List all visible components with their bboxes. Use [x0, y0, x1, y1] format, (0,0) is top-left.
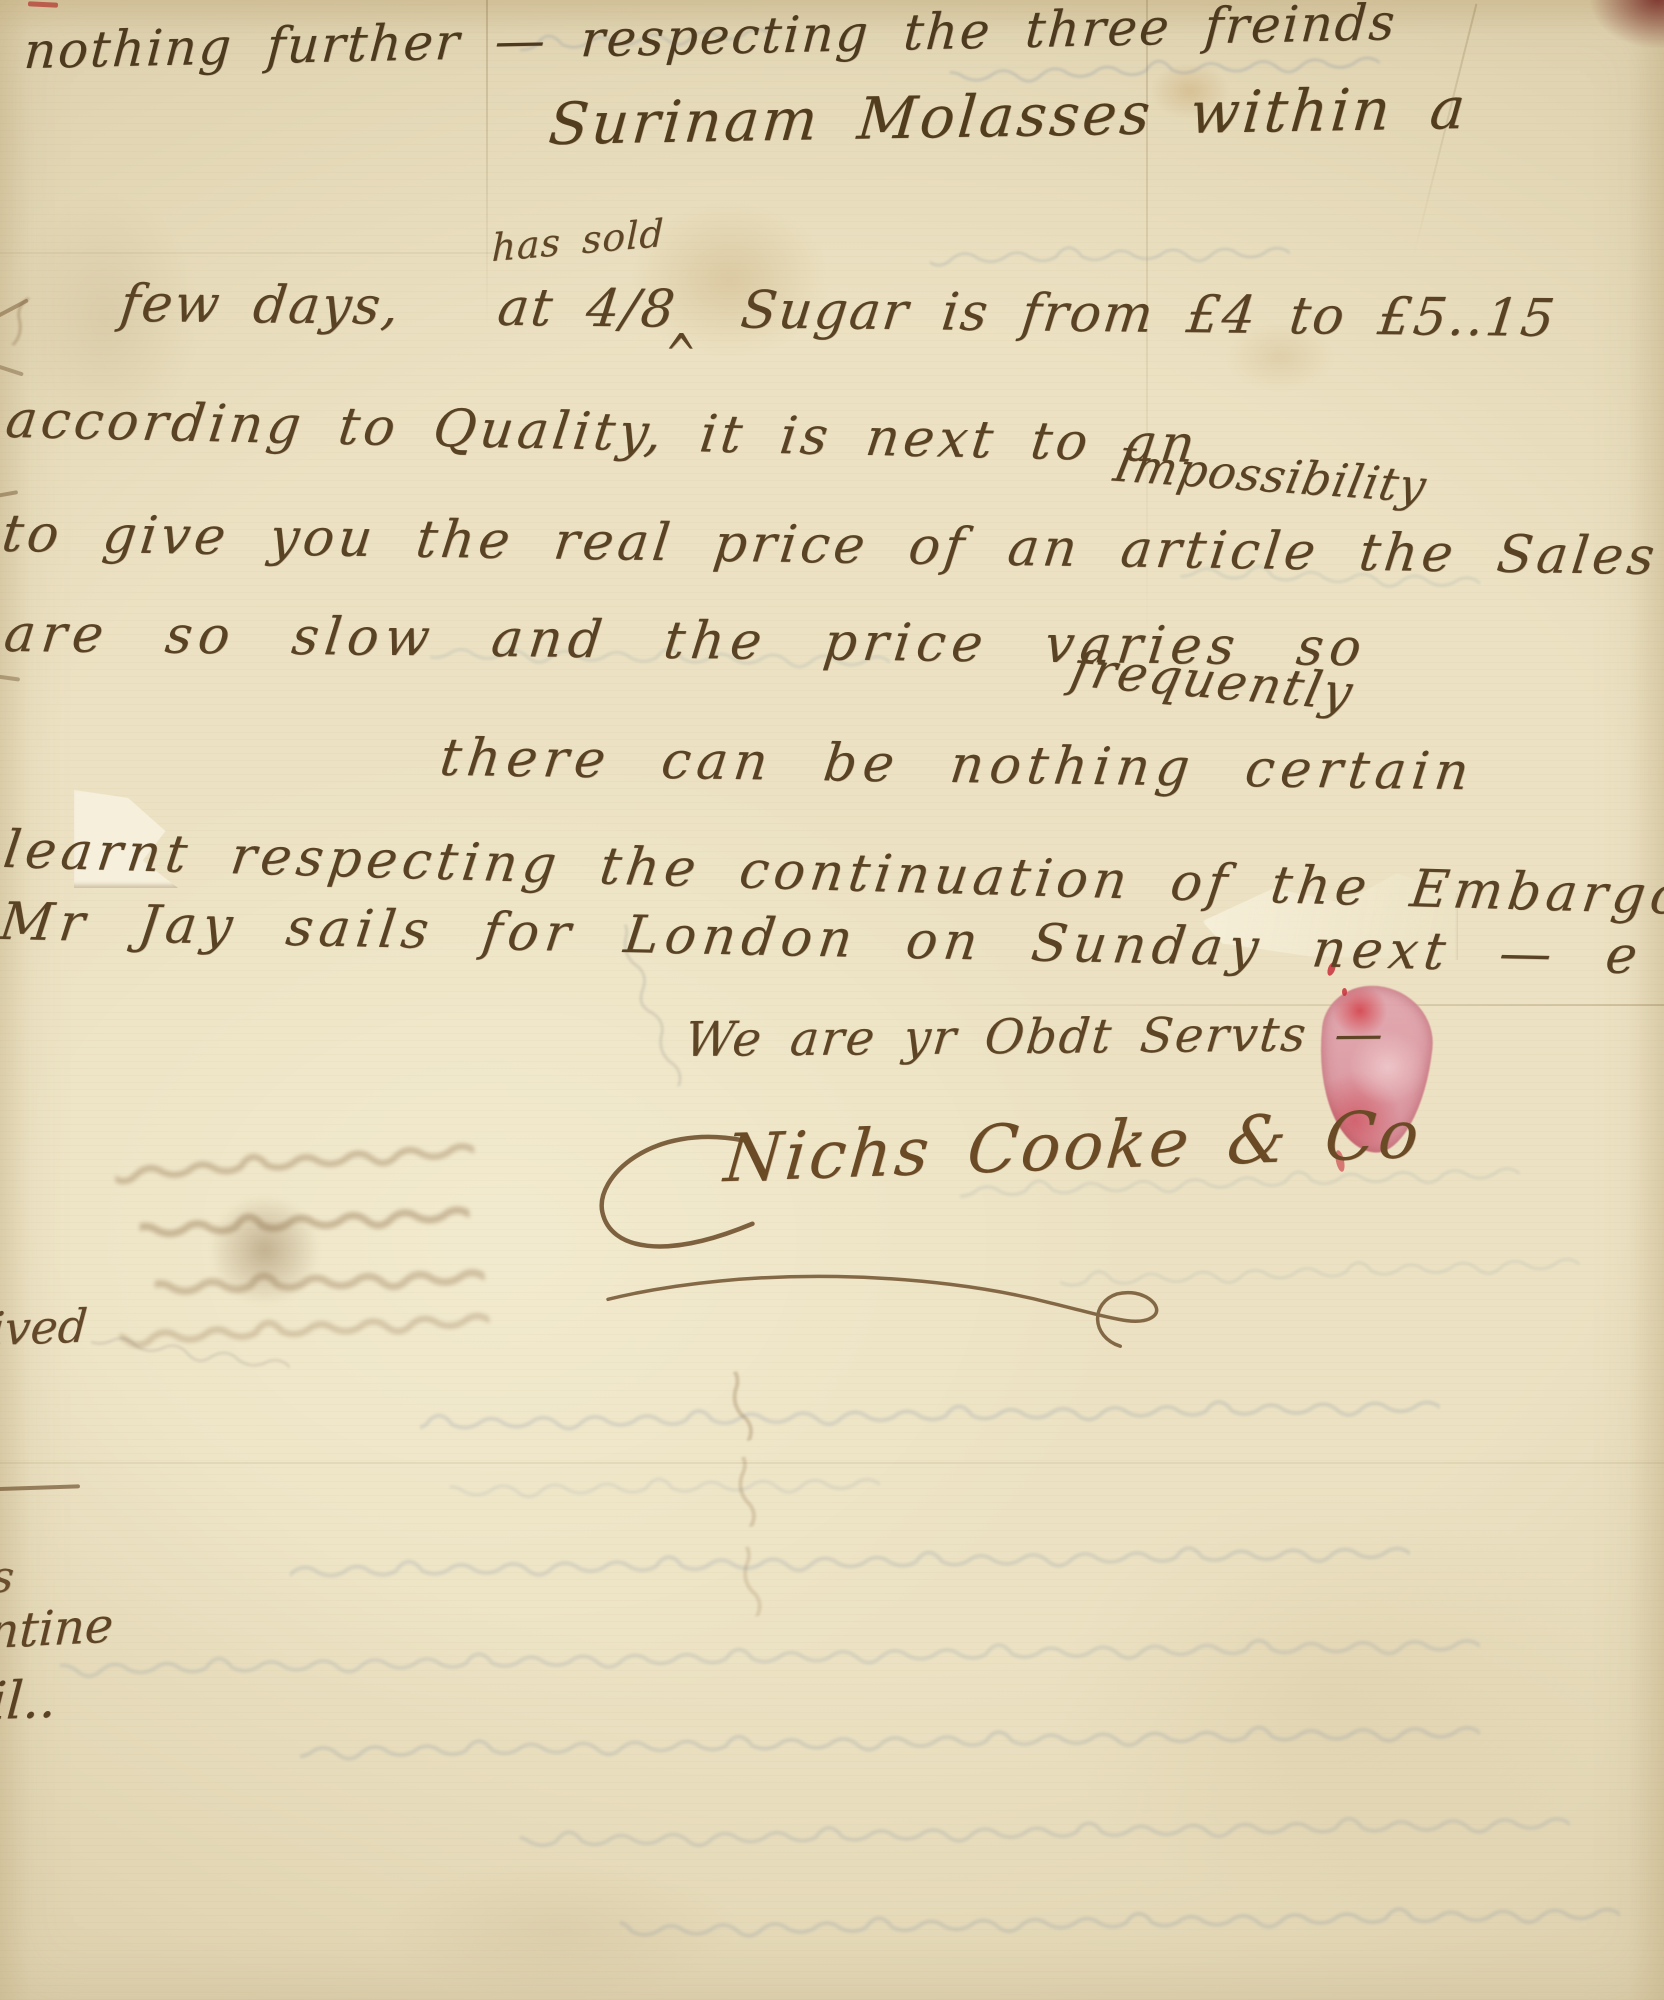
ink-bleedthrough	[620, 1896, 1621, 1959]
ink-bleedthrough	[711, 1455, 768, 1532]
red-mark-top-left	[28, 1, 58, 8]
ink-bleedthrough	[715, 1544, 775, 1622]
pen-stroke-fragment	[0, 363, 24, 376]
signature-flourish-swash	[596, 1237, 1181, 1377]
margin-fragment: ived	[0, 1299, 89, 1357]
interline-insertion: has sold	[491, 211, 665, 270]
ink-bleedthrough	[520, 1806, 1571, 1870]
ink-stain	[380, 1860, 740, 2000]
margin-fragment: s	[0, 1552, 17, 1603]
pen-stroke-fragment	[0, 490, 18, 498]
letter-page: nothing further — respecting the three f…	[0, 0, 1664, 2000]
ink-smudge-blot	[210, 1195, 320, 1305]
signature: Nichs Cooke & Co	[721, 1096, 1424, 1198]
letter-line: few days, at 4/8 Sugar is from £4 to £5.…	[117, 274, 1559, 349]
letter-line: Surinam Molasses within a	[546, 74, 1471, 158]
ink-stain	[1050, 1480, 1610, 1910]
ink-bleedthrough	[300, 1715, 1481, 1782]
closing-line: We are yr Obdt Servts —	[683, 1006, 1388, 1068]
letter-line: there can be nothing certain	[437, 728, 1478, 802]
ink-bleedthrough	[88, 1321, 292, 1394]
ink-bleedthrough	[930, 235, 1291, 287]
ink-bleedthrough	[704, 1368, 767, 1448]
ink-bleedthrough	[290, 1535, 1411, 1601]
letter-line-wrap: Impossibility	[1110, 438, 1432, 513]
ink-bleedthrough	[114, 1132, 476, 1203]
ink-bleedthrough	[119, 1302, 491, 1367]
stain-top-right-corner	[1590, 0, 1664, 48]
fold-crease	[0, 252, 500, 254]
wax-seal-speck	[1342, 988, 1347, 996]
letter-line: to give you the real price of an article…	[0, 504, 1662, 587]
ink-bleedthrough	[450, 1466, 881, 1519]
margin-fragment: ntine	[0, 1597, 115, 1660]
letter-line: according to Quality, it is next to an	[2, 390, 1202, 475]
pen-stroke-fragment	[0, 1484, 80, 1491]
pen-stroke-fragment	[0, 298, 29, 317]
letter-line: nothing further — respecting the three f…	[22, 0, 1398, 80]
ink-bleedthrough	[420, 1389, 1441, 1453]
margin-fragment: il..	[0, 1670, 58, 1732]
fold-crease	[0, 1462, 1664, 1464]
ink-bleedthrough	[154, 1259, 485, 1316]
ink-bleedthrough	[139, 1196, 471, 1259]
ink-bleedthrough	[60, 1628, 1481, 1699]
pen-stroke-fragment	[0, 674, 20, 681]
